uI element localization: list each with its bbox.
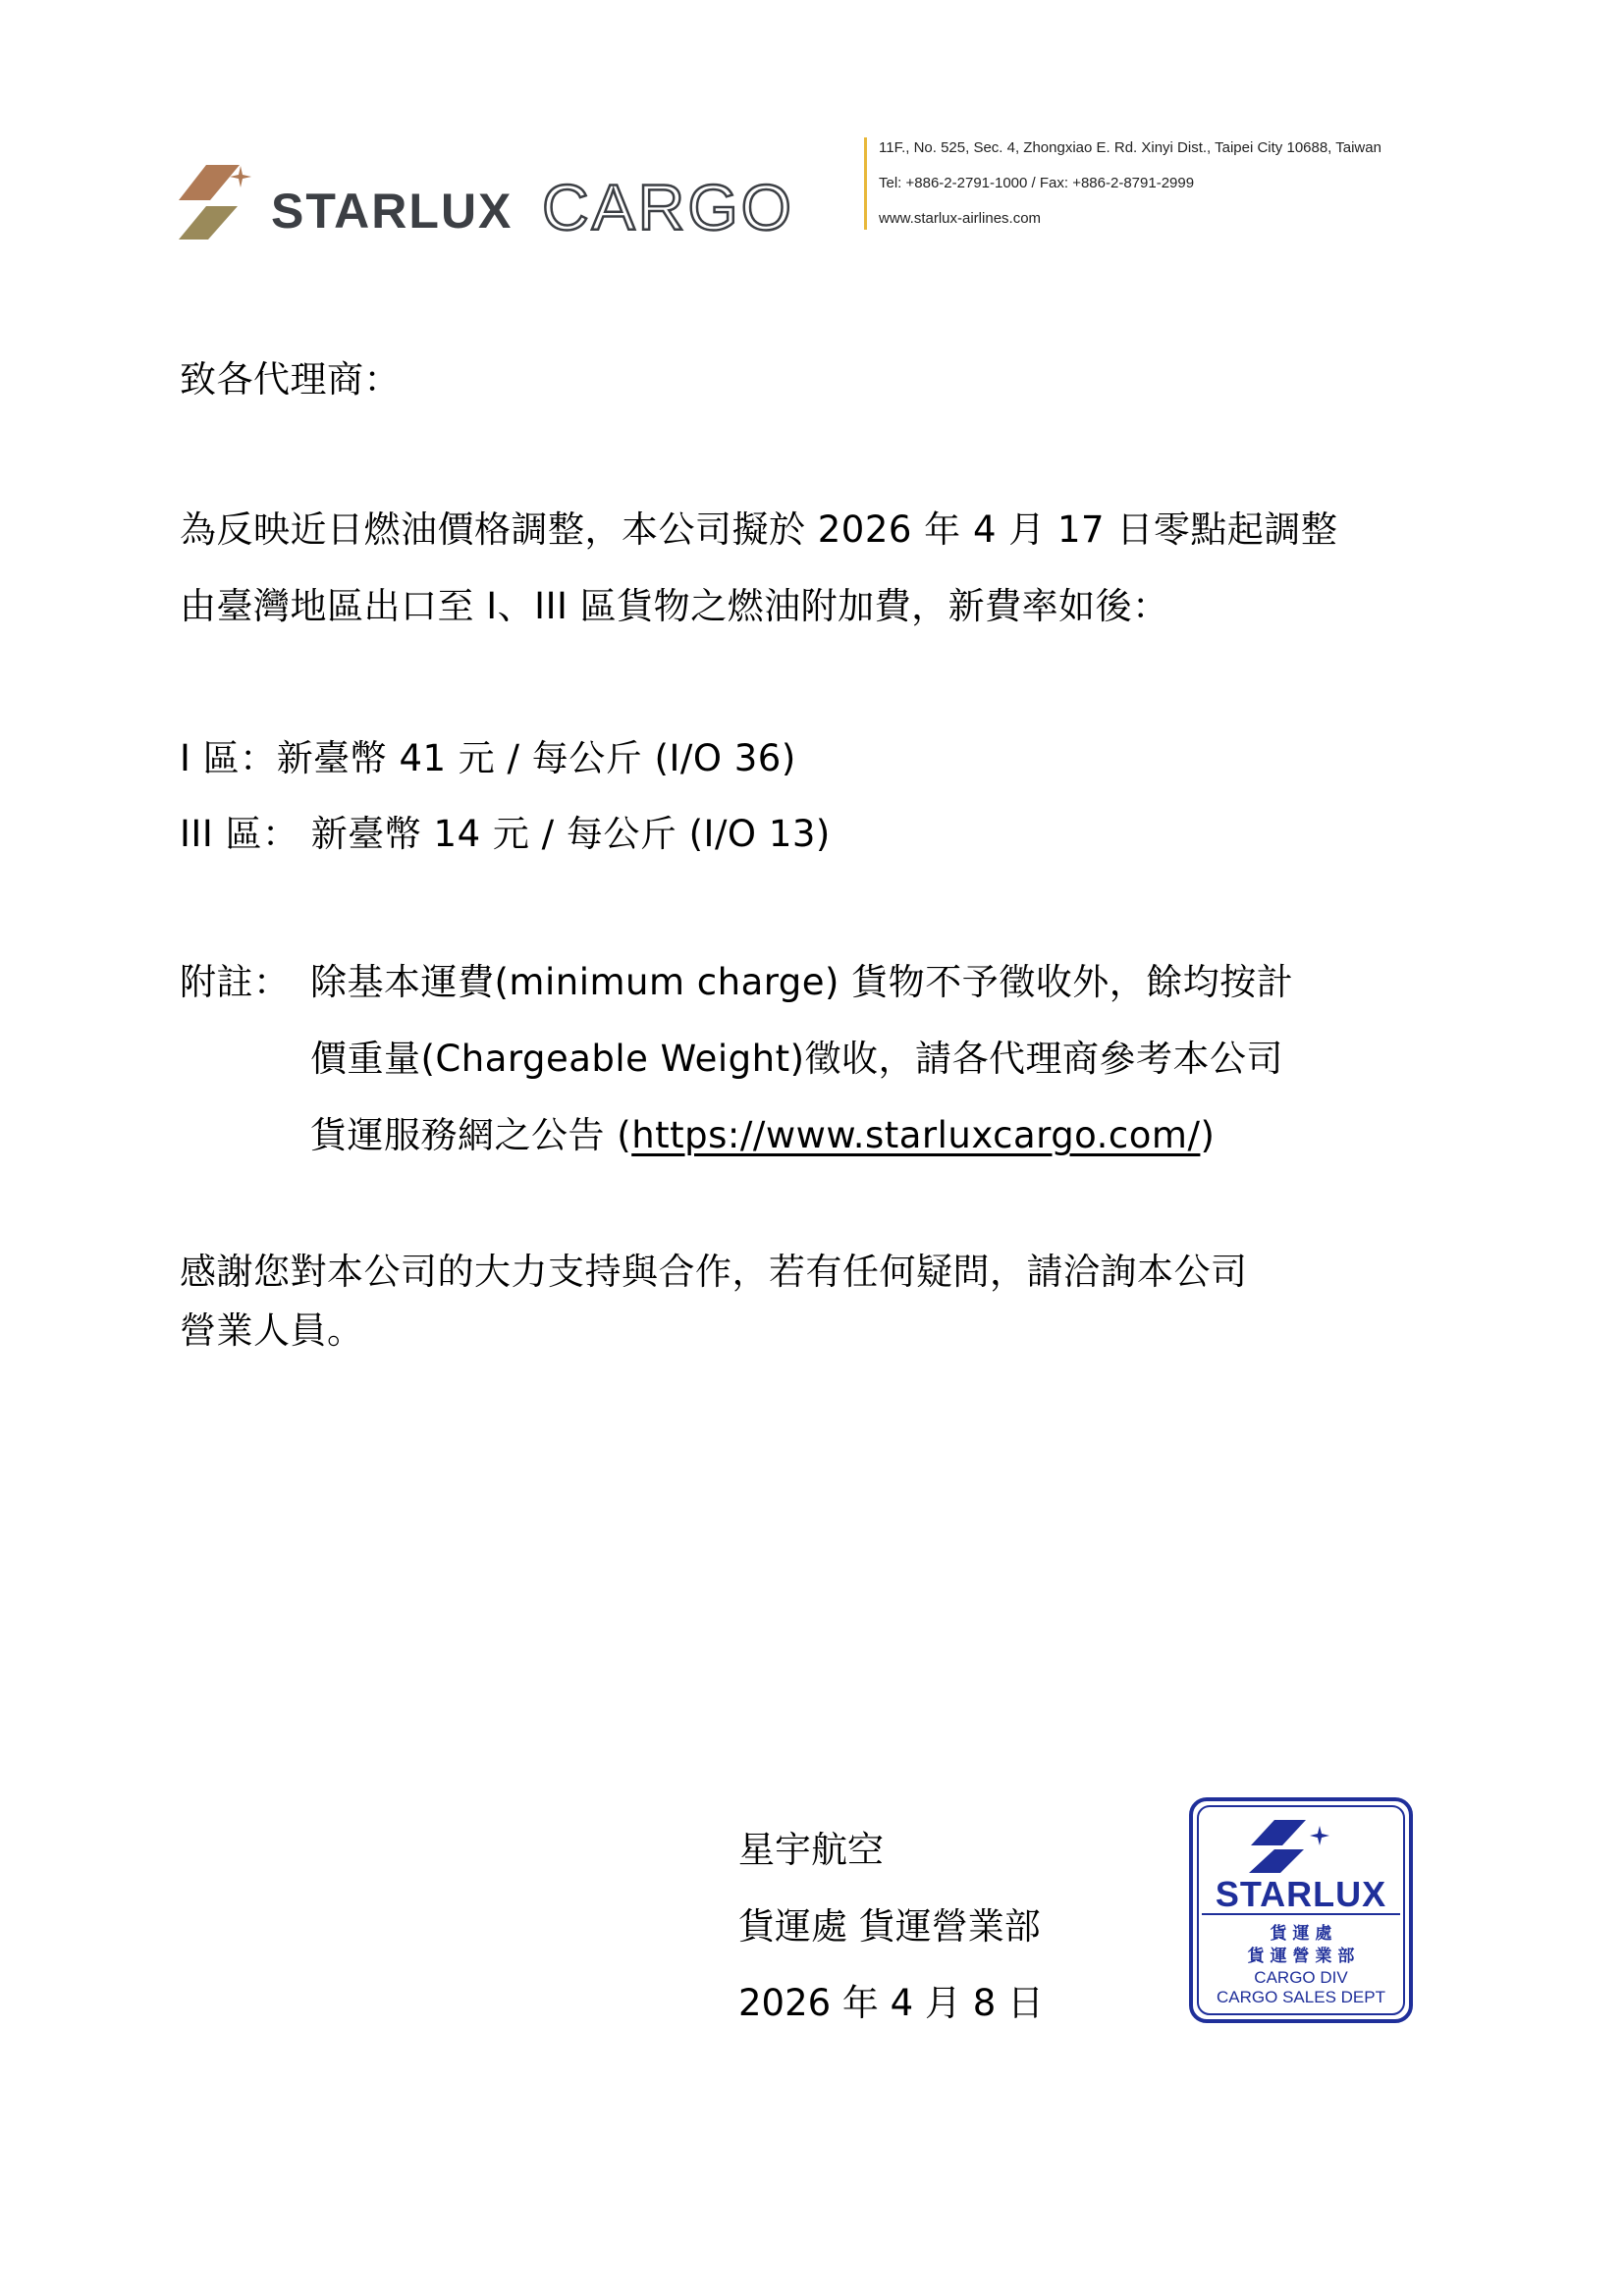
rate-zone-3: III 區： 新臺幣 14 元 / 每公斤 (I/O 13) [180,816,831,852]
signature-date: 2026 年 4 月 8 日 [738,1985,1044,2021]
rate-zone-value: 新臺幣 14 元 / 每公斤 (I/O 13) [311,813,831,855]
closing-line-2: 營業人員。 [180,1312,364,1349]
starlux-cargo-link[interactable]: https://www.starluxcargo.com/ [631,1114,1200,1156]
intro-line-1: 為反映近日燃油價格調整，本公司擬於 2026 年 4 月 17 日零點起調整 [180,511,1337,548]
seal-en-line-1: CARGO DIV [1254,1968,1348,1987]
signature-company: 星宇航空 [738,1832,884,1868]
intro-line-2: 由臺灣地區出口至 I、III 區貨物之燃油附加費，新費率如後： [180,588,1169,624]
header-divider [864,137,867,230]
seal-brand: STARLUX [1216,1874,1386,1914]
company-seal: STARLUX 貨 運 處 貨 運 營 業 部 CARGO DIV CARGO … [1188,1796,1414,2024]
starlux-seal-icon: STARLUX 貨 運 處 貨 運 營 業 部 CARGO DIV CARGO … [1188,1796,1414,2024]
note-prefix: 貨運服務網之公告 ( [310,1114,631,1156]
salutation: 致各代理商： [180,361,401,398]
closing-line-1: 感謝您對本公司的大力支持與合作，若有任何疑問，請洽詢本公司 [180,1254,1248,1290]
seal-en-line-2: CARGO SALES DEPT [1217,1988,1385,2006]
company-contact: Tel: +886-2-2791-1000 / Fax: +886-2-8791… [879,175,1194,191]
product-wordmark: CARGO [542,175,794,240]
rate-zone-label: III 區： [180,813,311,855]
rate-zone-value: 新臺幣 41 元 / 每公斤 (I/O 36) [277,737,796,779]
company-website: www.starlux-airlines.com [879,210,1041,227]
rate-zone-label: I 區： [180,737,277,779]
note-line-1: 除基本運費(minimum charge) 貨物不予徵收外，餘均按計 [310,964,1293,1000]
signature-department: 貨運處 貨運營業部 [738,1908,1041,1945]
brand-wordmark: STARLUX [271,187,513,236]
note-line-3: 貨運服務網之公告 (https://www.starluxcargo.com/) [310,1117,1215,1153]
company-address: 11F., No. 525, Sec. 4, Zhongxiao E. Rd. … [879,139,1381,156]
note-line-2: 價重量(Chargeable Weight)徵收，請各代理商參考本公司 [310,1041,1283,1077]
seal-cn-line-1: 貨 運 處 [1271,1923,1332,1944]
note-suffix: ) [1200,1114,1215,1156]
seal-cn-line-2: 貨 運 營 業 部 [1248,1946,1355,1966]
note-label: 附註： [180,964,291,1000]
rate-zone-1: I 區：新臺幣 41 元 / 每公斤 (I/O 36) [180,740,796,776]
